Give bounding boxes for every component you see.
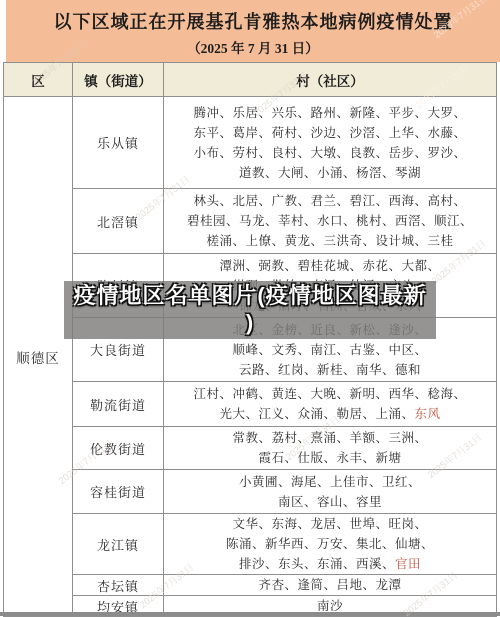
village-names-text: 齐杏、逢简、吕地、龙潭 — [258, 578, 401, 592]
header-district: 区 — [4, 63, 73, 97]
subtitle-date: （2025 年 7 月 31 日） — [6, 37, 500, 57]
town-cell: 乐从镇 — [73, 97, 164, 189]
table-row: 容桂街道小黄圃、海尾、上佳市、卫红、南区、容山、容里 — [4, 470, 497, 514]
highlighted-village-name: 东风 — [415, 407, 441, 421]
village-names-text: 文华、东海、龙居、世埠、旺岗、 — [232, 517, 427, 531]
table-row: 北滘镇林头、北居、广教、君兰、碧江、西海、高村、碧桂园、马龙、莘村、水口、桃村、… — [4, 189, 497, 254]
table-header-row: 区 镇（街道） 村（社区） — [4, 63, 497, 97]
village-names-text: 腾冲、乐居、兴乐、路州、新隆、平步、大罗、 — [193, 106, 466, 120]
village-names-text: 东平、葛岸、荷村、沙边、沙滘、上华、水藤、 — [193, 126, 466, 140]
highlighted-village-name: 官田 — [395, 557, 421, 571]
village-line: 东平、葛岸、荷村、沙边、沙滘、上华、水藤、 — [164, 123, 496, 143]
village-names-text: 南沙 — [317, 599, 343, 613]
village-list-cell: 小黄圃、海尾、上佳市、卫红、南区、容山、容里 — [164, 470, 497, 514]
announcement-image: 以下区域正在开展基孔肯雅热本地病例疫情处置 （2025 年 7 月 31 日） … — [0, 0, 500, 617]
village-list-cell: 江村、冲鹤、黄连、大晚、新明、西华、稔海、光大、江义、众涌、勒居、上涌、东风 — [164, 382, 497, 427]
caption-overlay: 疫情地区名单图片(疫情地区图最新 ) — [64, 281, 436, 339]
table-row: 杏坛镇齐杏、逢简、吕地、龙潭 — [4, 575, 497, 596]
village-names-text: 槎涌、上僚、黄龙、三洪奇、设计城、三桂 — [206, 234, 453, 248]
village-line: 云路、红岗、新桂、南华、德和 — [164, 360, 496, 380]
village-names-text: 云路、红岗、新桂、南华、德和 — [239, 363, 421, 377]
village-names-text: 陈涌、新华西、万安、集北、仙塘、 — [226, 537, 434, 551]
table-row: 伦教街道常教、荔村、熹涌、羊额、三洲、霞石、仕版、永丰、新塘 — [4, 427, 497, 470]
village-names-text: 光大、江义、众涌、勒居、上涌、 — [219, 407, 414, 421]
village-line: 潭洲、弼教、碧桂花城、赤花、大都、 — [164, 256, 496, 276]
village-names-text: 碧桂园、马龙、莘村、水口、桃村、西滘、顺江、 — [187, 214, 473, 228]
village-names-text: 小黄圃、海尾、上佳市、卫红、 — [239, 475, 421, 489]
village-names-text: 江村、冲鹤、黄连、大晚、新明、西华、稔海、 — [193, 387, 466, 401]
village-names-text: 小布、劳村、良村、大墩、良教、岳步、罗沙、 — [193, 146, 466, 160]
town-cell: 勒流街道 — [73, 382, 164, 427]
village-line: 小布、劳村、良村、大墩、良教、岳步、罗沙、 — [164, 143, 496, 163]
table-row: 顺德区乐从镇腾冲、乐居、兴乐、路州、新隆、平步、大罗、东平、葛岸、荷村、沙边、沙… — [4, 97, 497, 189]
village-line: 林头、北居、广教、君兰、碧江、西海、高村、 — [164, 191, 496, 211]
village-line: 常教、荔村、熹涌、羊额、三洲、 — [164, 428, 496, 448]
village-line: 霞石、仕版、永丰、新塘 — [164, 448, 496, 468]
caption-text-line2: ) — [64, 309, 436, 336]
village-line: 小黄圃、海尾、上佳市、卫红、 — [164, 472, 496, 492]
village-names-text: 道教、大闸、小涌、杨滘、琴湖 — [239, 166, 421, 180]
village-line: 碧桂园、马龙、莘村、水口、桃村、西滘、顺江、 — [164, 211, 496, 231]
village-line: 齐杏、逢简、吕地、龙潭 — [164, 575, 496, 595]
town-cell: 容桂街道 — [73, 470, 164, 514]
village-names-text: 霞石、仕版、永丰、新塘 — [258, 451, 401, 465]
village-names-text: 林头、北居、广教、君兰、碧江、西海、高村、 — [193, 194, 466, 208]
village-names-text: 顺峰、文秀、南江、古鉴、中区、 — [232, 343, 427, 357]
village-list-cell: 齐杏、逢简、吕地、龙潭 — [164, 575, 497, 596]
village-names-text: 潭洲、弼教、碧桂花城、赤花、大都、 — [219, 259, 440, 273]
header-town: 镇（街道） — [73, 63, 164, 97]
town-cell: 龙江镇 — [73, 514, 164, 575]
village-list-cell: 常教、荔村、熹涌、羊额、三洲、霞石、仕版、永丰、新塘 — [164, 427, 497, 470]
caption-text-line1: 疫情地区名单图片(疫情地区图最新 — [64, 282, 436, 309]
town-cell: 伦教街道 — [73, 427, 164, 470]
photo-bottom-edge — [0, 612, 500, 616]
epidemic-area-table: 区 镇（街道） 村（社区） 顺德区乐从镇腾冲、乐居、兴乐、路州、新隆、平步、大罗… — [3, 62, 497, 617]
village-line: 槎涌、上僚、黄龙、三洪奇、设计城、三桂 — [164, 231, 496, 251]
village-line: 文华、东海、龙居、世埠、旺岗、 — [164, 514, 496, 534]
village-line: 南区、容山、容里 — [164, 492, 496, 512]
village-names-text: 南区、容山、容里 — [278, 495, 382, 509]
village-list-cell: 林头、北居、广教、君兰、碧江、西海、高村、碧桂园、马龙、莘村、水口、桃村、西滘、… — [164, 189, 497, 254]
title-banner: 以下区域正在开展基孔肯雅热本地病例疫情处置 （2025 年 7 月 31 日） — [6, 0, 500, 62]
village-line: 光大、江义、众涌、勒居、上涌、东风 — [164, 404, 496, 424]
town-cell: 北滘镇 — [73, 189, 164, 254]
table-row: 勒流街道江村、冲鹤、黄连、大晚、新明、西华、稔海、光大、江义、众涌、勒居、上涌、… — [4, 382, 497, 427]
village-line: 道教、大闸、小涌、杨滘、琴湖 — [164, 163, 496, 183]
table-row: 龙江镇文华、东海、龙居、世埠、旺岗、陈涌、新华西、万安、集北、仙塘、排沙、东头、… — [4, 514, 497, 575]
town-cell: 杏坛镇 — [73, 575, 164, 596]
village-line: 排沙、东头、东涌、西溪、官田 — [164, 554, 496, 574]
village-names-text: 常教、荔村、熹涌、羊额、三洲、 — [232, 431, 427, 445]
village-line: 陈涌、新华西、万安、集北、仙塘、 — [164, 534, 496, 554]
page-title: 以下区域正在开展基孔肯雅热本地病例疫情处置 — [6, 0, 500, 34]
table-body: 顺德区乐从镇腾冲、乐居、兴乐、路州、新隆、平步、大罗、东平、葛岸、荷村、沙边、沙… — [4, 97, 497, 617]
header-village: 村（社区） — [164, 63, 497, 97]
village-line: 腾冲、乐居、兴乐、路州、新隆、平步、大罗、 — [164, 103, 496, 123]
district-cell: 顺德区 — [4, 97, 73, 617]
village-list-cell: 文华、东海、龙居、世埠、旺岗、陈涌、新华西、万安、集北、仙塘、排沙、东头、东涌、… — [164, 514, 497, 575]
village-line: 江村、冲鹤、黄连、大晚、新明、西华、稔海、 — [164, 384, 496, 404]
village-line: 顺峰、文秀、南江、古鉴、中区、 — [164, 340, 496, 360]
village-names-text: 排沙、东头、东涌、西溪、 — [239, 557, 395, 571]
village-list-cell: 腾冲、乐居、兴乐、路州、新隆、平步、大罗、东平、葛岸、荷村、沙边、沙滘、上华、水… — [164, 97, 497, 189]
